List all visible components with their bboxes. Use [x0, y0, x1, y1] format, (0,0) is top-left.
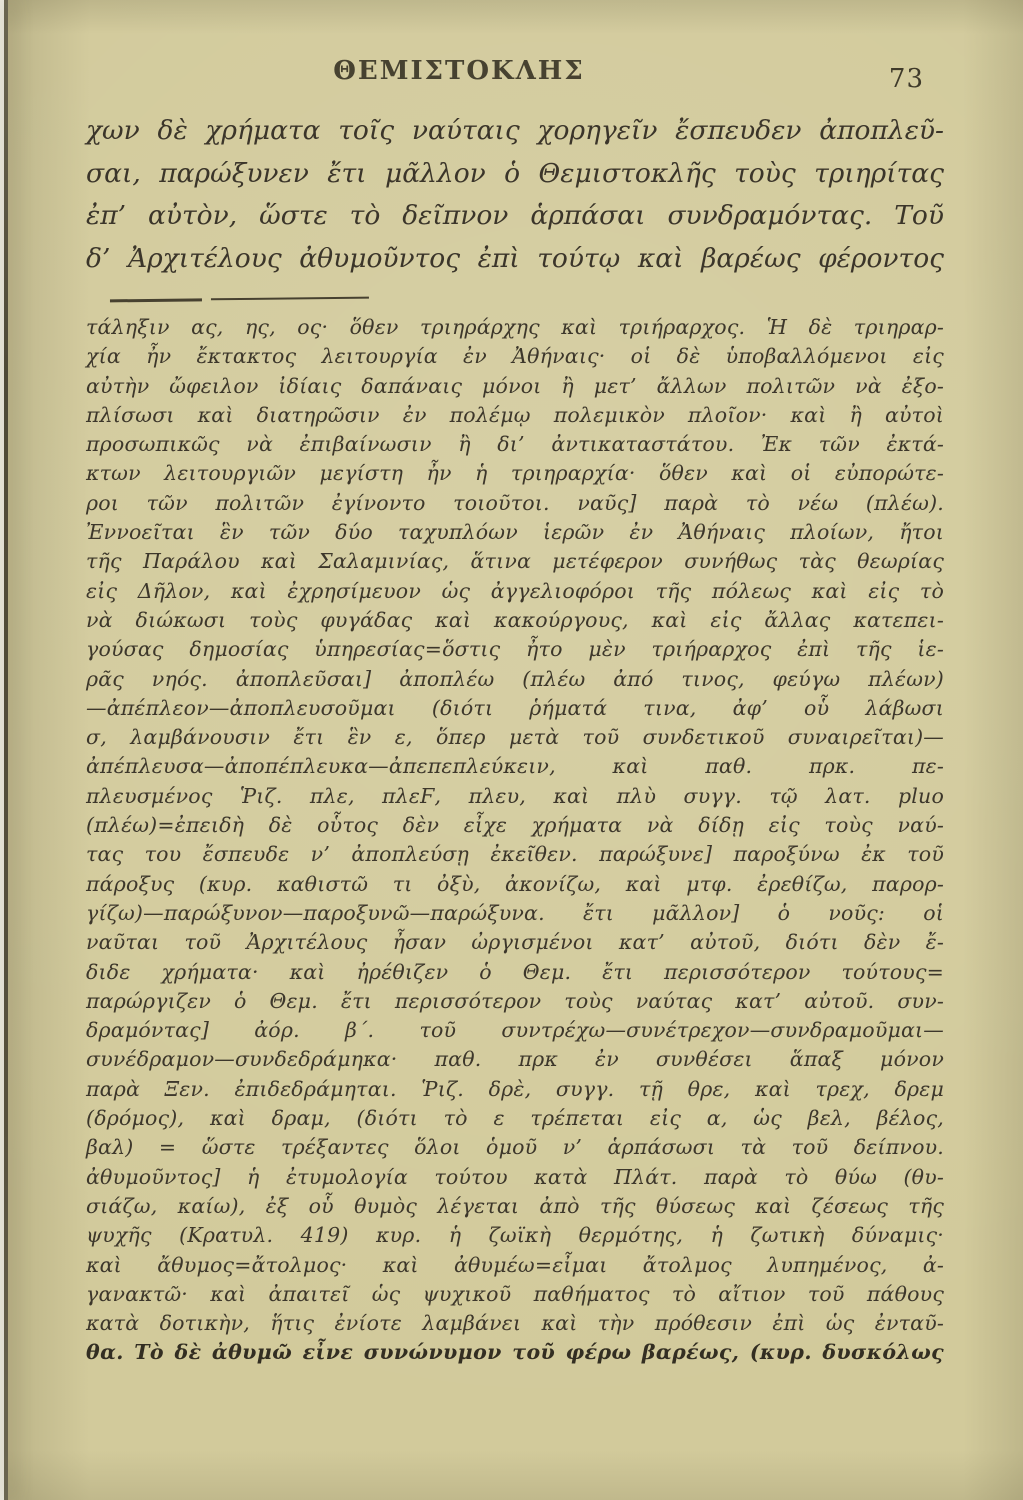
commentary-line: πλευσμένος Ῥιζ. πλε, πλεϜ, πλευ, καὶ πλὺ…	[86, 782, 944, 811]
main-text: χων δὲ χρήματα τοῖς ναύταις χορηγεῖν ἔσπ…	[86, 110, 944, 280]
commentary-line: θα. Τὸ δὲ ἀθυμῶ εἶνε συνώνυμον τοῦ φέρω …	[86, 1338, 944, 1367]
commentary-line: γούσας δημοσίας ὑπηρεσίας=ὅστις ἦτο μὲν …	[86, 635, 944, 664]
main-text-line: δ’ Ἀρχιτέλους ἀθυμοῦντος ἐπὶ τούτῳ καὶ β…	[86, 238, 944, 281]
commentary-line: Ἐννοεῖται ἓν τῶν δύο ταχυπλόων ἱερῶν ἐν …	[86, 518, 944, 547]
commentary-line: νὰ διώκωσι τοὺς φυγάδας καὶ κακούργους, …	[86, 606, 944, 635]
commentary-text: τάληξιν ας, ης, ος· ὅθεν τριηράρχης καὶ …	[86, 313, 944, 1368]
commentary-line: ψυχῆς (Κρατυλ. 419) κυρ. ἡ ζωϊκὴ θερμότη…	[86, 1221, 944, 1250]
commentary-line: διδε χρήματα· καὶ ἠρέθιζεν ὁ Θεμ. ἔτι πε…	[86, 958, 944, 987]
commentary-line: —ἀπέπλεον—ἀποπλευσοῦμαι (διότι ῥήματά τι…	[86, 694, 944, 723]
divider-segment	[211, 297, 369, 301]
commentary-line: ναῦται τοῦ Ἀρχιτέλους ἦσαν ὠργισμένοι κα…	[86, 928, 944, 957]
commentary-line: σ, λαμβάνουσιν ἔτι ἓν ε, ὅπερ μετὰ τοῦ σ…	[86, 723, 944, 752]
commentary-line: κτων λειτουργιῶν μεγίστη ἦν ἡ τριηραρχία…	[86, 459, 944, 488]
commentary-line: παρώργιζεν ὁ Θεμ. ἔτι περισσότερον τοὺς …	[86, 987, 944, 1016]
commentary-line: καὶ ἄθυμος=ἄτολμος· καὶ ἀθυμέω=εἶμαι ἄτο…	[86, 1251, 944, 1280]
commentary-line: ρᾶς νηός. ἀποπλεῦσαι] ἀποπλέω (πλέω ἀπό …	[86, 665, 944, 694]
binding-gutter	[4, 0, 8, 1500]
commentary-line: εἰς Δῆλον, καὶ ἐχρησίμευον ὡς ἀγγελιοφόρ…	[86, 577, 944, 606]
main-text-line: ἐπ’ αὐτὸν, ὥστε τὸ δεῖπνον ἁρπάσαι συνδρ…	[86, 195, 944, 238]
commentary-line: τῆς Παράλου καὶ Σαλαμινίας, ἅτινα μετέφε…	[86, 547, 944, 576]
commentary-line: συνέδραμον—συνδεδράμηκα· παθ. πρκ ἐν συν…	[86, 1045, 944, 1074]
commentary-line: προσωπικῶς νὰ ἐπιβαίνωσιν ἢ δι’ ἀντικατα…	[86, 430, 944, 459]
main-text-line: σαι, παρώξυνεν ἔτι μᾶλλον ὁ Θεμιστοκλῆς …	[86, 153, 944, 196]
commentary-line: ἀθυμοῦντος] ἡ ἐτυμολογία τούτου κατὰ Πλά…	[86, 1163, 944, 1192]
commentary-line: παρὰ Ξεν. ἐπιδεδράμηται. Ῥιζ. δρὲ, συγγ.…	[86, 1075, 944, 1104]
commentary-line: πλίσωσι καὶ διατηρῶσιν ἐν πολέμῳ πολεμικ…	[86, 401, 944, 430]
section-divider	[110, 291, 944, 312]
commentary-line: χία ἦν ἔκτακτος λειτουργία ἐν Ἀθήναις· ο…	[86, 342, 944, 371]
commentary-line: τας του ἔσπευδε ν’ ἀποπλεύσῃ ἐκεῖθεν. πα…	[86, 840, 944, 869]
commentary-line: τάληξιν ας, ης, ος· ὅθεν τριηράρχης καὶ …	[86, 313, 944, 342]
main-text-line: χων δὲ χρήματα τοῖς ναύταις χορηγεῖν ἔσπ…	[86, 110, 944, 153]
commentary-line: σιάζω, καίω), ἐξ οὗ θυμὸς λέγεται ἀπὸ τῆ…	[86, 1192, 944, 1221]
commentary-line: γίζω)—παρώξυνον—παροξυνῶ—παρώξυνα. ἔτι μ…	[86, 899, 944, 928]
page-header: ΘΕΜΙΣΤΟΚΛΗΣ 73	[86, 52, 944, 102]
book-page: ΘΕΜΙΣΤΟΚΛΗΣ 73 χων δὲ χρήματα τοῖς ναύτα…	[0, 0, 1023, 1500]
page-number: 73	[889, 64, 924, 94]
commentary-line: πάροξυς (κυρ. καθιστῶ τι ὀξὺ, ἀκονίζω, κ…	[86, 870, 944, 899]
commentary-line: (πλέω)=ἐπειδὴ δὲ οὗτος δὲν εἶχε χρήματα …	[86, 811, 944, 840]
divider-segment	[110, 298, 202, 302]
commentary-line: βαλ) = ὥστε τρέξαντες ὅλοι ὁμοῦ ν’ ἁρπάσ…	[86, 1133, 944, 1162]
commentary-line: κατὰ δοτικὴν, ἥτις ἐνίοτε λαμβάνει καὶ τ…	[86, 1309, 944, 1338]
page-content: ΘΕΜΙΣΤΟΚΛΗΣ 73 χων δὲ χρήματα τοῖς ναύτα…	[86, 52, 944, 1368]
running-title: ΘΕΜΙΣΤΟΚΛΗΣ	[86, 56, 832, 86]
commentary-line: ροι τῶν πολιτῶν ἐγίνοντο τοιοῦτοι. ναῦς]…	[86, 489, 944, 518]
commentary-line: γανακτῶ· καὶ ἀπαιτεῖ ὡς ψυχικοῦ παθήματο…	[86, 1280, 944, 1309]
commentary-line: δραμόντας] ἀόρ. β΄. τοῦ συντρέχω—συνέτρε…	[86, 1016, 944, 1045]
commentary-line: ἀπέπλευσα—ἀποπέπλευκα—ἀπεπεπλεύκειν, καὶ…	[86, 752, 944, 781]
commentary-line: (δρόμος), καὶ δραμ, (διότι τὸ ε τρέπεται…	[86, 1104, 944, 1133]
commentary-line: αὐτὴν ὤφειλον ἰδίαις δαπάναις μόνοι ἢ με…	[86, 372, 944, 401]
